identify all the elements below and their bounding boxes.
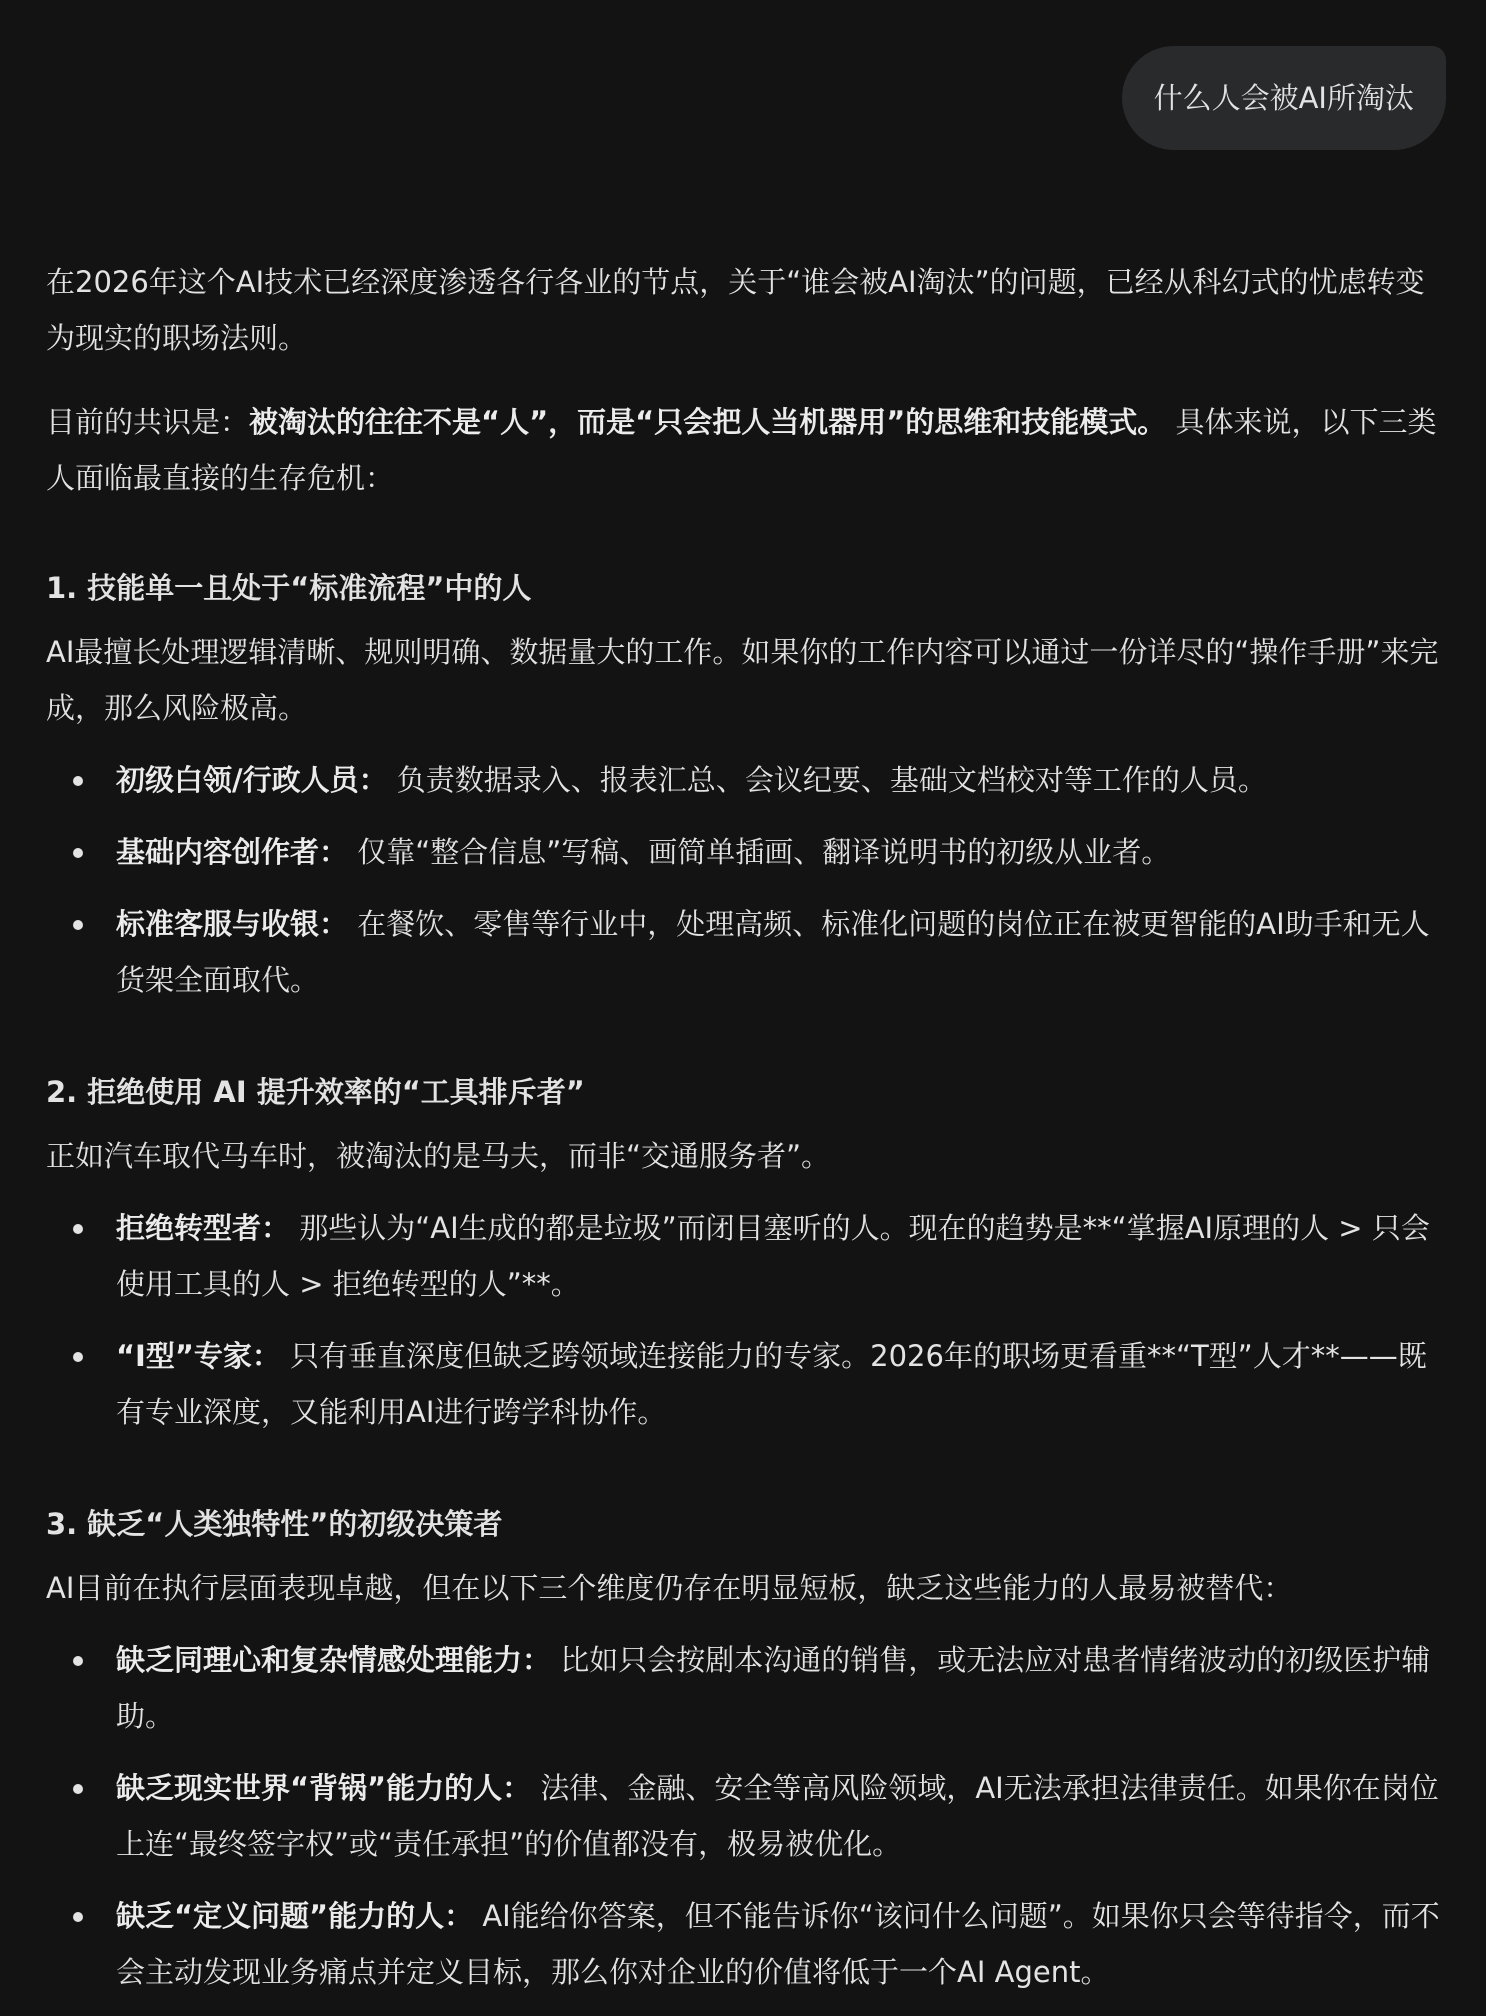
list-item-text: 负责数据录入、报表汇总、会议纪要、基础文档校对等工作的人员。 xyxy=(388,763,1267,797)
list-item: 缺乏同理心和复杂情感处理能力： 比如只会按剧本沟通的销售，或无法应对患者情绪波动… xyxy=(46,1632,1446,1744)
bullet-icon xyxy=(73,848,83,858)
assistant-response: 在2026年这个AI技术已经深度渗透各行各业的节点，关于“谁会被AI淘汰”的问题… xyxy=(46,254,1446,2000)
list-item-label: 初级白领/行政人员： xyxy=(116,763,388,797)
list-item-label: 标准客服与收银： xyxy=(116,907,348,941)
list-item-label: 基础内容创作者： xyxy=(116,835,348,869)
list-item: 初级白领/行政人员： 负责数据录入、报表汇总、会议纪要、基础文档校对等工作的人员… xyxy=(46,752,1446,808)
list-item: 缺乏“定义问题”能力的人： AI能给你答案，但不能告诉你“该问什么问题”。如果你… xyxy=(46,1888,1446,2000)
user-message-row: 什么人会被AI所淘汰 xyxy=(1122,46,1446,150)
list-item-label: “I型”专家： xyxy=(116,1339,281,1373)
bullet-icon xyxy=(73,1912,83,1922)
bullet-icon xyxy=(73,1656,83,1666)
list-item-label: 缺乏同理心和复杂情感处理能力： xyxy=(116,1643,551,1677)
consensus-prefix: 目前的共识是： xyxy=(46,405,249,439)
list-item-text: 只有垂直深度但缺乏跨领域连接能力的专家。2026年的职场更看重**“T型”人才*… xyxy=(116,1339,1427,1429)
list-item: 标准客服与收银： 在餐饮、零售等行业中，处理高频、标准化问题的岗位正在被更智能的… xyxy=(46,896,1446,1008)
list-item: 拒绝转型者： 那些认为“AI生成的都是垃圾”而闭目塞听的人。现在的趋势是**“掌… xyxy=(46,1200,1446,1312)
section-list-1: 初级白领/行政人员： 负责数据录入、报表汇总、会议纪要、基础文档校对等工作的人员… xyxy=(46,752,1446,1008)
section-description-2: 正如汽车取代马车时，被淘汰的是马夫，而非“交通服务者”。 xyxy=(46,1128,1446,1184)
section-list-2: 拒绝转型者： 那些认为“AI生成的都是垃圾”而闭目塞听的人。现在的趋势是**“掌… xyxy=(46,1200,1446,1440)
section-heading-3: 3. 缺乏“人类独特性”的初级决策者 xyxy=(46,1496,1446,1552)
list-item-label: 拒绝转型者： xyxy=(116,1211,290,1245)
consensus-bold: 被淘汰的往往不是“人”，而是“只会把人当机器用”的思维和技能模式。 xyxy=(249,405,1166,439)
list-item: 基础内容创作者： 仅靠“整合信息”写稿、画简单插画、翻译说明书的初级从业者。 xyxy=(46,824,1446,880)
bullet-icon xyxy=(73,776,83,786)
section-list-3: 缺乏同理心和复杂情感处理能力： 比如只会按剧本沟通的销售，或无法应对患者情绪波动… xyxy=(46,1632,1446,2000)
section-heading-2: 2. 拒绝使用 AI 提升效率的“工具排斥者” xyxy=(46,1064,1446,1120)
list-item-text: 那些认为“AI生成的都是垃圾”而闭目塞听的人。现在的趋势是**“掌握AI原理的人… xyxy=(116,1211,1430,1301)
list-item-label: 缺乏“定义问题”能力的人： xyxy=(116,1899,473,1933)
section-heading-1: 1. 技能单一且处于“标准流程”中的人 xyxy=(46,560,1446,616)
list-item: 缺乏现实世界“背锅”能力的人： 法律、金融、安全等高风险领域，AI无法承担法律责… xyxy=(46,1760,1446,1872)
user-message-bubble: 什么人会被AI所淘汰 xyxy=(1122,46,1446,150)
bullet-icon xyxy=(73,1784,83,1794)
consensus-paragraph: 目前的共识是：被淘汰的往往不是“人”，而是“只会把人当机器用”的思维和技能模式。… xyxy=(46,394,1446,506)
bullet-icon xyxy=(73,920,83,930)
user-message-text: 什么人会被AI所淘汰 xyxy=(1154,78,1414,118)
list-item-label: 缺乏现实世界“背锅”能力的人： xyxy=(116,1771,531,1805)
section-description-1: AI最擅长处理逻辑清晰、规则明确、数据量大的工作。如果你的工作内容可以通过一份详… xyxy=(46,624,1446,736)
section-description-3: AI目前在执行层面表现卓越，但在以下三个维度仍存在明显短板，缺乏这些能力的人最易… xyxy=(46,1560,1446,1616)
intro-paragraph: 在2026年这个AI技术已经深度渗透各行各业的节点，关于“谁会被AI淘汰”的问题… xyxy=(46,254,1446,366)
list-item: “I型”专家： 只有垂直深度但缺乏跨领域连接能力的专家。2026年的职场更看重*… xyxy=(46,1328,1446,1440)
bullet-icon xyxy=(73,1224,83,1234)
bullet-icon xyxy=(73,1352,83,1362)
list-item-text: 仅靠“整合信息”写稿、画简单插画、翻译说明书的初级从业者。 xyxy=(348,835,1170,869)
